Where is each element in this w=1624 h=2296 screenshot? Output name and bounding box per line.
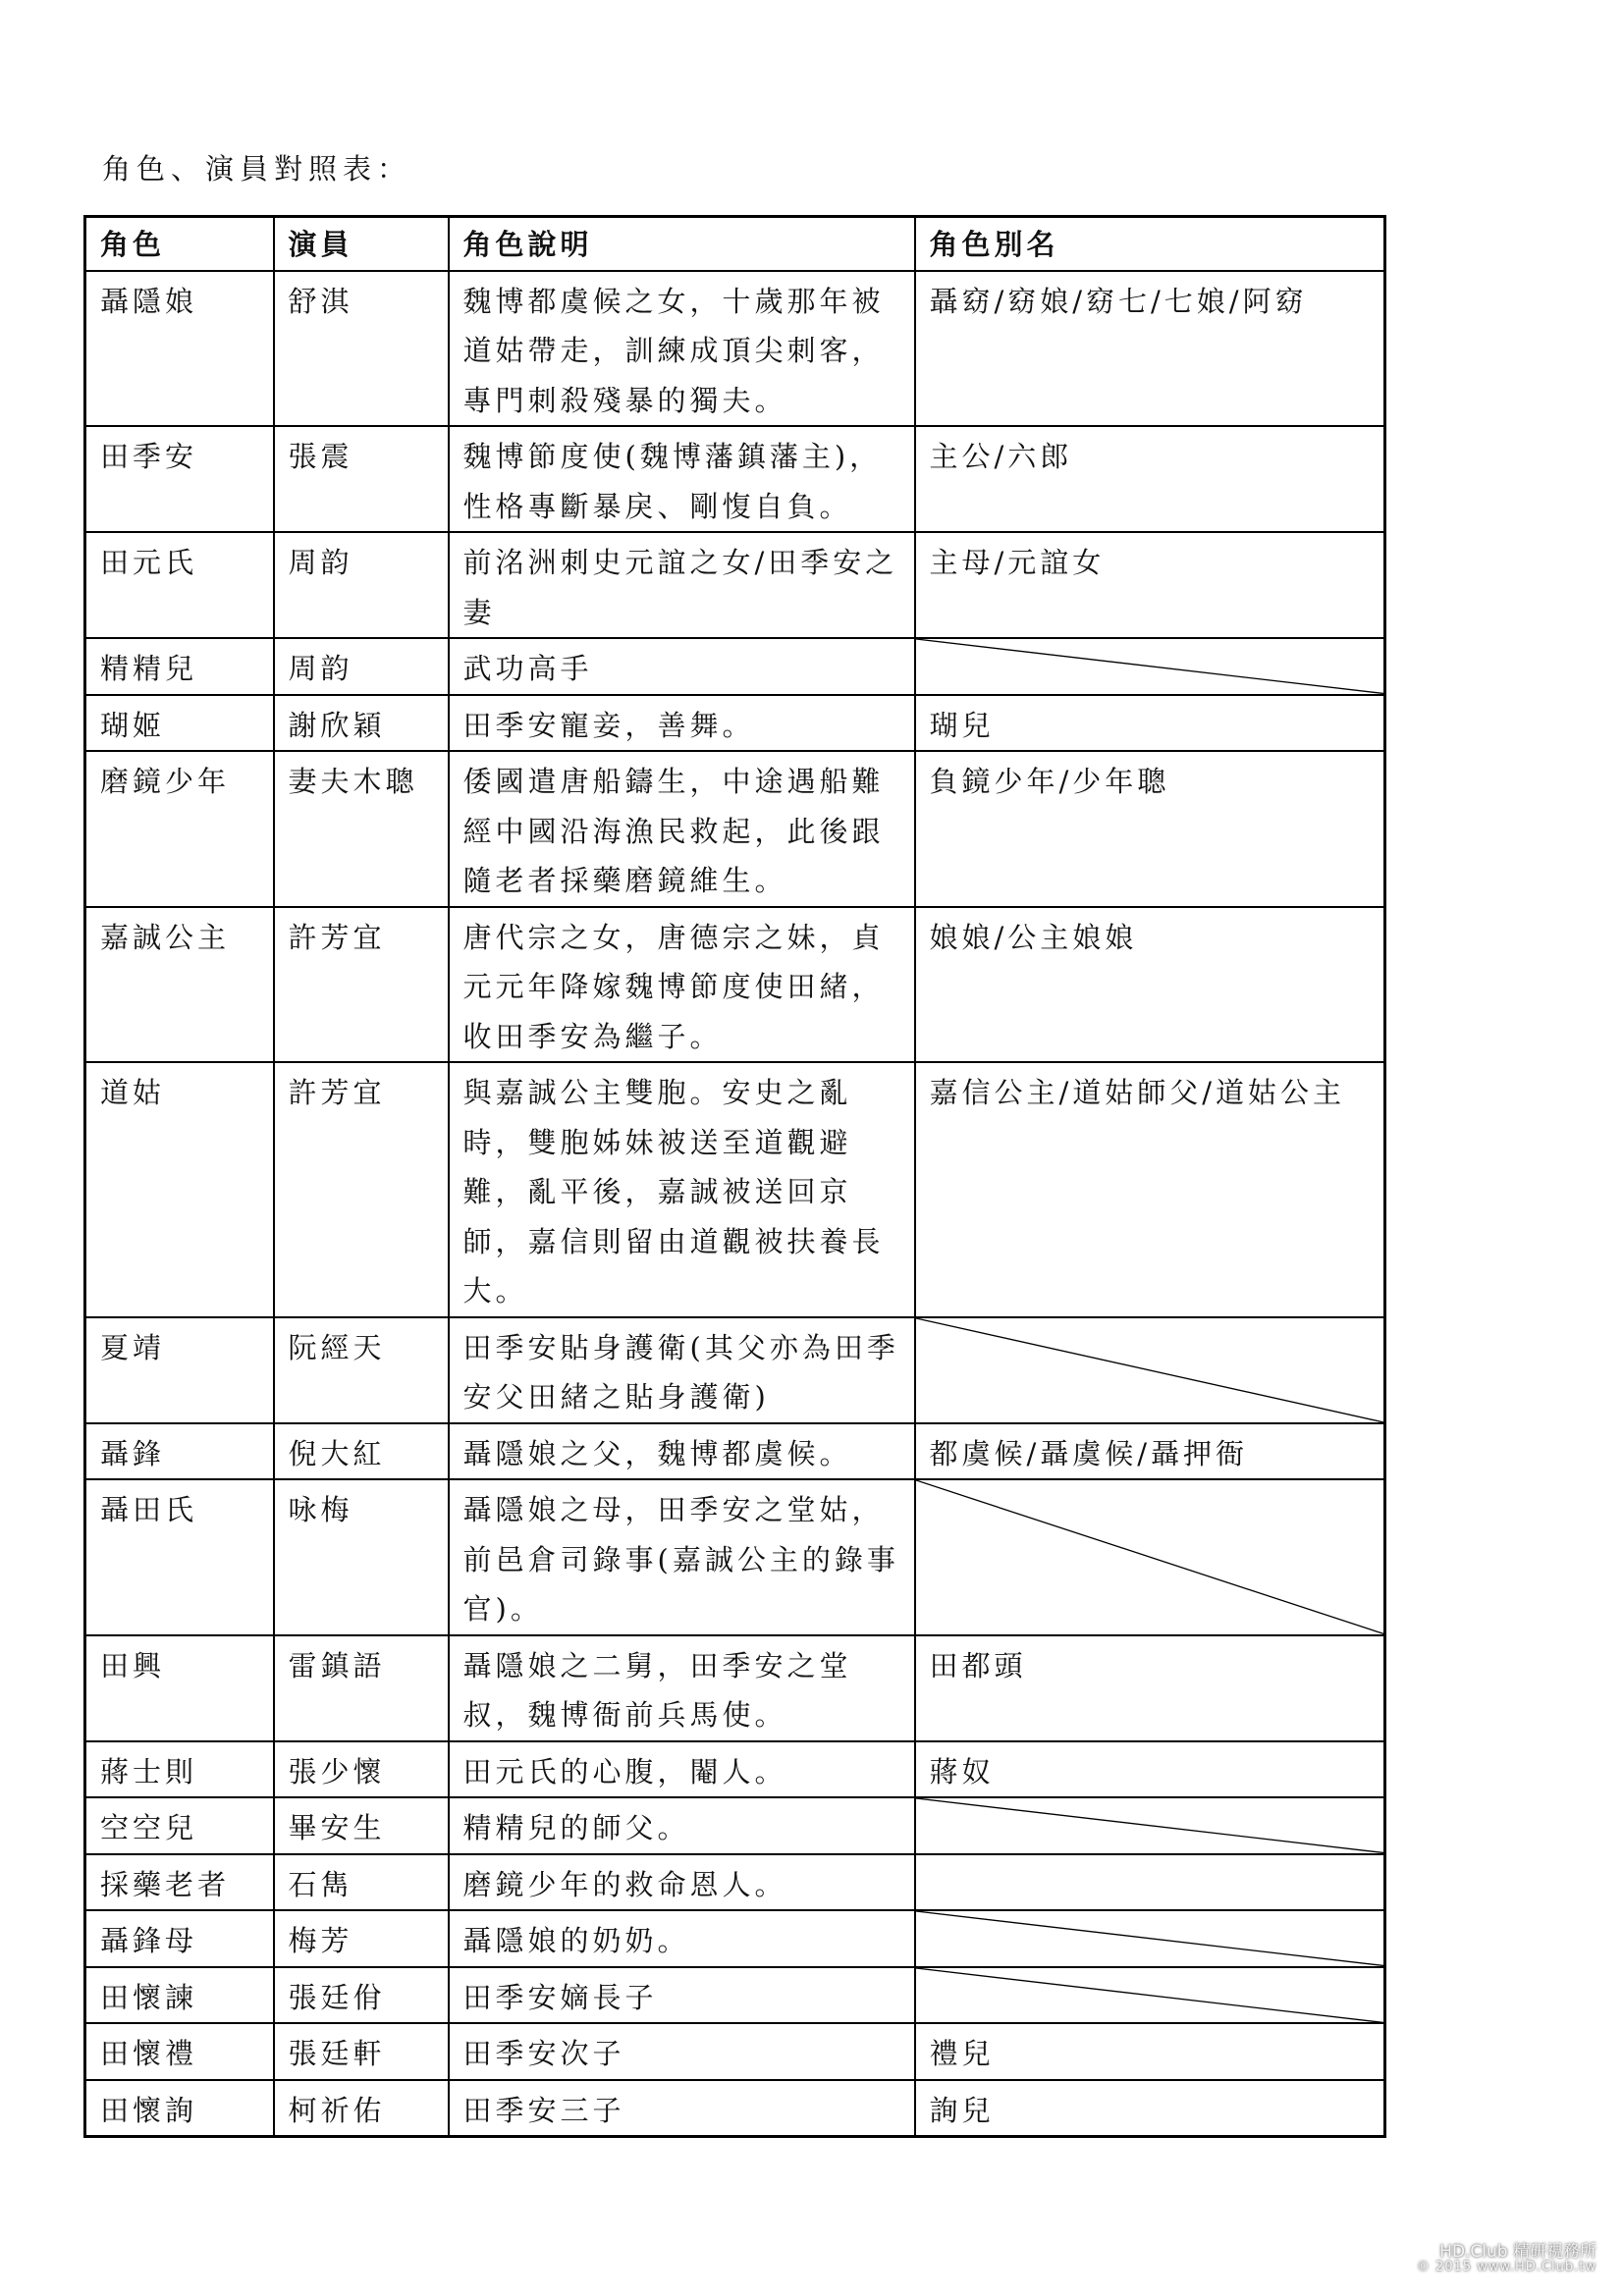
cell-actor: 妻夫木聰 [274,751,449,907]
cell-description: 田季安寵妾，善舞。 [449,695,915,752]
cell-alias: 主母/元誼女 [915,532,1385,638]
cell-alias-not-applicable [915,1479,1385,1635]
cast-table-body: 聶隱娘舒淇魏博都虞候之女，十歲那年被道姑帶走，訓練成頂尖刺客，專門刺殺殘暴的獨夫… [85,271,1385,2137]
table-row: 田元氏周韵前洺洲刺史元誼之女/田季安之妻主母/元誼女 [85,532,1385,638]
cell-actor: 石雋 [274,1854,449,1911]
cell-role: 聶鋒母 [85,1910,274,1967]
cell-role: 道姑 [85,1062,274,1317]
cell-alias: 禮兒 [915,2023,1385,2080]
cell-alias: 都虞候/聶虞候/聶押衙 [915,1423,1385,1480]
cell-alias-not-applicable [915,1797,1385,1854]
table-row: 精精兒周韵武功高手 [85,638,1385,695]
table-row: 聶鋒母梅芳聶隱娘的奶奶。 [85,1910,1385,1967]
cell-role: 田季安 [85,426,274,532]
document-title: 角色、演員對照表： [102,149,411,188]
cell-alias-not-applicable [915,1317,1385,1423]
table-row: 田懷諫張廷佾田季安嫡長子 [85,1967,1385,2024]
cell-description: 聶隱娘之二舅，田季安之堂叔，魏博衙前兵馬使。 [449,1635,915,1741]
cell-alias: 瑚兒 [915,695,1385,752]
cell-description: 田季安次子 [449,2023,915,2080]
table-header-row: 角色 演員 角色說明 角色別名 [85,217,1385,271]
cell-alias: 詢兒 [915,2080,1385,2137]
cell-actor: 舒淇 [274,271,449,427]
cell-alias: 田都頭 [915,1635,1385,1741]
cell-description: 田季安嫡長子 [449,1967,915,2024]
cell-actor: 張震 [274,426,449,532]
cell-role: 聶鋒 [85,1423,274,1480]
cell-role: 瑚姬 [85,695,274,752]
watermark-line2: © 2015 www.HD.Club.tw [1417,2260,1597,2274]
table-row: 田懷禮張廷軒田季安次子禮兒 [85,2023,1385,2080]
cell-description: 精精兒的師父。 [449,1797,915,1854]
table-row: 蔣士則張少懷田元氏的心腹，閹人。蔣奴 [85,1741,1385,1798]
cell-alias-not-applicable [915,1910,1385,1967]
cast-table: 角色 演員 角色說明 角色別名 聶隱娘舒淇魏博都虞候之女，十歲那年被道姑帶走，訓… [83,215,1386,2138]
cell-actor: 謝欣穎 [274,695,449,752]
cell-alias-not-applicable [915,1967,1385,2024]
header-description: 角色說明 [449,217,915,271]
cell-alias: 負鏡少年/少年聰 [915,751,1385,907]
cell-actor: 倪大紅 [274,1423,449,1480]
table-row: 採藥老者石雋磨鏡少年的救命恩人。 [85,1854,1385,1911]
cell-role: 嘉誠公主 [85,907,274,1063]
cell-alias [915,1854,1385,1911]
table-row: 夏靖阮經天田季安貼身護衛(其父亦為田季安父田緒之貼身護衛) [85,1317,1385,1423]
cell-description: 田季安貼身護衛(其父亦為田季安父田緒之貼身護衛) [449,1317,915,1423]
header-actor: 演員 [274,217,449,271]
table-row: 聶鋒倪大紅聶隱娘之父，魏博都虞候。都虞候/聶虞候/聶押衙 [85,1423,1385,1480]
cell-actor: 梅芳 [274,1910,449,1967]
table-row: 聶田氏咏梅聶隱娘之母，田季安之堂姑，前邑倉司錄事(嘉誠公主的錄事官)。 [85,1479,1385,1635]
cell-description: 魏博都虞候之女，十歲那年被道姑帶走，訓練成頂尖刺客，專門刺殺殘暴的獨夫。 [449,271,915,427]
cell-role: 田興 [85,1635,274,1741]
cell-role: 聶隱娘 [85,271,274,427]
cell-actor: 許芳宜 [274,1062,449,1317]
cell-alias: 主公/六郎 [915,426,1385,532]
diagonal-strike-icon [916,1480,1384,1634]
cell-actor: 雷鎮語 [274,1635,449,1741]
cell-role: 聶田氏 [85,1479,274,1635]
cell-role: 採藥老者 [85,1854,274,1911]
cell-role: 蔣士則 [85,1741,274,1798]
diagonal-strike-icon [916,1911,1384,1966]
cell-role: 夏靖 [85,1317,274,1423]
cell-role: 田懷詢 [85,2080,274,2137]
cell-alias-not-applicable [915,638,1385,695]
table-row: 田季安張震魏博節度使(魏博藩鎮藩主)，性格專斷暴戾、剛愎自負。主公/六郎 [85,426,1385,532]
diagonal-strike-icon [916,639,1384,694]
header-role: 角色 [85,217,274,271]
cell-role: 田元氏 [85,532,274,638]
cell-actor: 許芳宜 [274,907,449,1063]
cell-description: 田季安三子 [449,2080,915,2137]
cell-description: 聶隱娘之母，田季安之堂姑，前邑倉司錄事(嘉誠公主的錄事官)。 [449,1479,915,1635]
cell-role: 田懷諫 [85,1967,274,2024]
cell-actor: 柯祈佑 [274,2080,449,2137]
table-row: 田興雷鎮語聶隱娘之二舅，田季安之堂叔，魏博衙前兵馬使。田都頭 [85,1635,1385,1741]
diagonal-strike-icon [916,1798,1384,1853]
table-row: 空空兒畢安生精精兒的師父。 [85,1797,1385,1854]
cell-role: 田懷禮 [85,2023,274,2080]
table-row: 田懷詢柯祈佑田季安三子詢兒 [85,2080,1385,2137]
watermark: HD.Club 精研視務所 © 2015 www.HD.Club.tw [1417,2245,1597,2274]
cell-alias: 聶窈/窈娘/窈七/七娘/阿窈 [915,271,1385,427]
cell-description: 唐代宗之女，唐德宗之妹，貞元元年降嫁魏博節度使田緒，收田季安為繼子。 [449,907,915,1063]
cell-description: 武功高手 [449,638,915,695]
cell-actor: 咏梅 [274,1479,449,1635]
cell-alias: 嘉信公主/道姑師父/道姑公主 [915,1062,1385,1317]
cell-actor: 周韵 [274,532,449,638]
table-row: 聶隱娘舒淇魏博都虞候之女，十歲那年被道姑帶走，訓練成頂尖刺客，專門刺殺殘暴的獨夫… [85,271,1385,427]
cell-role: 磨鏡少年 [85,751,274,907]
table-row: 道姑許芳宜與嘉誠公主雙胞。安史之亂時，雙胞姊妹被送至道觀避難，亂平後，嘉誠被送回… [85,1062,1385,1317]
cell-description: 田元氏的心腹，閹人。 [449,1741,915,1798]
cell-role: 空空兒 [85,1797,274,1854]
cell-description: 與嘉誠公主雙胞。安史之亂時，雙胞姊妹被送至道觀避難，亂平後，嘉誠被送回京師，嘉信… [449,1062,915,1317]
cell-description: 聶隱娘的奶奶。 [449,1910,915,1967]
diagonal-strike-icon [916,1968,1384,2023]
watermark-line1: HD.Club 精研視務所 [1417,2245,1597,2260]
cell-description: 磨鏡少年的救命恩人。 [449,1854,915,1911]
cell-actor: 阮經天 [274,1317,449,1423]
cell-actor: 張廷軒 [274,2023,449,2080]
cell-description: 聶隱娘之父，魏博都虞候。 [449,1423,915,1480]
cell-alias: 蔣奴 [915,1741,1385,1798]
cell-actor: 周韵 [274,638,449,695]
cell-role: 精精兒 [85,638,274,695]
cell-actor: 張少懷 [274,1741,449,1798]
cell-description: 前洺洲刺史元誼之女/田季安之妻 [449,532,915,638]
cell-alias: 娘娘/公主娘娘 [915,907,1385,1063]
cell-actor: 畢安生 [274,1797,449,1854]
table-row: 嘉誠公主許芳宜唐代宗之女，唐德宗之妹，貞元元年降嫁魏博節度使田緒，收田季安為繼子… [85,907,1385,1063]
cell-description: 倭國遣唐船鑄生，中途遇船難經中國沿海漁民救起，此後跟隨老者採藥磨鏡維生。 [449,751,915,907]
table-row: 磨鏡少年妻夫木聰倭國遣唐船鑄生，中途遇船難經中國沿海漁民救起，此後跟隨老者採藥磨… [85,751,1385,907]
diagonal-strike-icon [916,1318,1384,1422]
cell-actor: 張廷佾 [274,1967,449,2024]
header-alias: 角色別名 [915,217,1385,271]
cell-description: 魏博節度使(魏博藩鎮藩主)，性格專斷暴戾、剛愎自負。 [449,426,915,532]
table-row: 瑚姬謝欣穎田季安寵妾，善舞。瑚兒 [85,695,1385,752]
